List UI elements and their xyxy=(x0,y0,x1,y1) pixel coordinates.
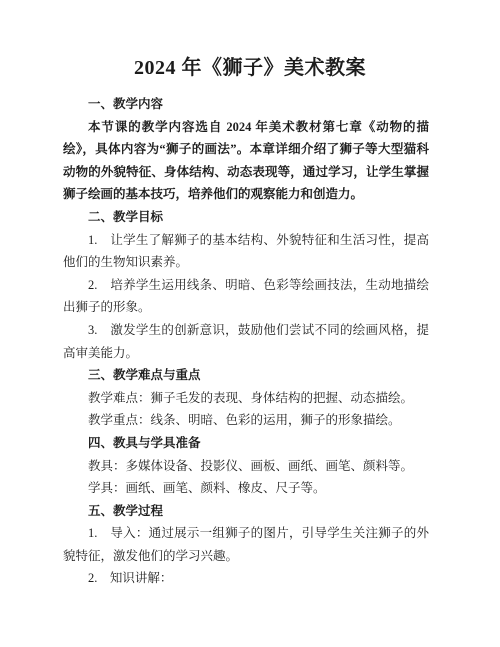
section-heading-teaching-process: 五、教学过程 xyxy=(63,500,429,523)
paragraph: 教具：多媒体设备、投影仪、画板、画纸、画笔、颜料等。 xyxy=(63,455,429,478)
paragraph: 3. 激发学生的创新意识，鼓励他们尝试不同的绘画风格，提高审美能力。 xyxy=(63,319,429,364)
paragraph: 2. 知识讲解： xyxy=(63,567,429,590)
paragraph: 本节课的教学内容选自 2024 年美术教材第七章《动物的描绘》，具体内容为“狮子… xyxy=(63,116,429,206)
section-teaching-process: 五、教学过程 1. 导入：通过展示一组狮子的图片，引导学生关注狮子的外貌特征，激… xyxy=(63,500,429,590)
document-body: 一、教学内容 本节课的教学内容选自 2024 年美术教材第七章《动物的描绘》，具… xyxy=(0,83,500,590)
section-heading-teaching-goals: 二、教学目标 xyxy=(63,206,429,229)
paragraph: 1. 导入：通过展示一组狮子的图片，引导学生关注狮子的外貌特征，激发他们的学习兴… xyxy=(63,522,429,567)
section-teaching-content: 一、教学内容 本节课的教学内容选自 2024 年美术教材第七章《动物的描绘》，具… xyxy=(63,93,429,206)
section-teaching-goals: 二、教学目标 1. 让学生了解狮子的基本结构、外貌特征和生活习性，提高他们的生物… xyxy=(63,206,429,364)
paragraph: 教学重点：线条、明暗、色彩的运用，狮子的形象描绘。 xyxy=(63,409,429,432)
paragraph: 2. 培养学生运用线条、明暗、色彩等绘画技法，生动地描绘出狮子的形象。 xyxy=(63,274,429,319)
paragraph: 学具：画纸、画笔、颜料、橡皮、尺子等。 xyxy=(63,477,429,500)
document-title: 2024 年《狮子》美术教案 xyxy=(0,0,500,83)
paragraph: 教学难点：狮子毛发的表现、身体结构的把握、动态描绘。 xyxy=(63,387,429,410)
section-teaching-aids: 四、教具与学具准备 教具：多媒体设备、投影仪、画板、画纸、画笔、颜料等。 学具：… xyxy=(63,432,429,500)
document-page: 2024 年《狮子》美术教案 一、教学内容 本节课的教学内容选自 2024 年美… xyxy=(0,0,500,647)
section-heading-teaching-content: 一、教学内容 xyxy=(63,93,429,116)
section-heading-difficulties-and-focus: 三、教学难点与重点 xyxy=(63,364,429,387)
section-difficulties-and-focus: 三、教学难点与重点 教学难点：狮子毛发的表现、身体结构的把握、动态描绘。 教学重… xyxy=(63,364,429,432)
section-heading-teaching-aids: 四、教具与学具准备 xyxy=(63,432,429,455)
paragraph: 1. 让学生了解狮子的基本结构、外貌特征和生活习性，提高他们的生物知识素养。 xyxy=(63,229,429,274)
